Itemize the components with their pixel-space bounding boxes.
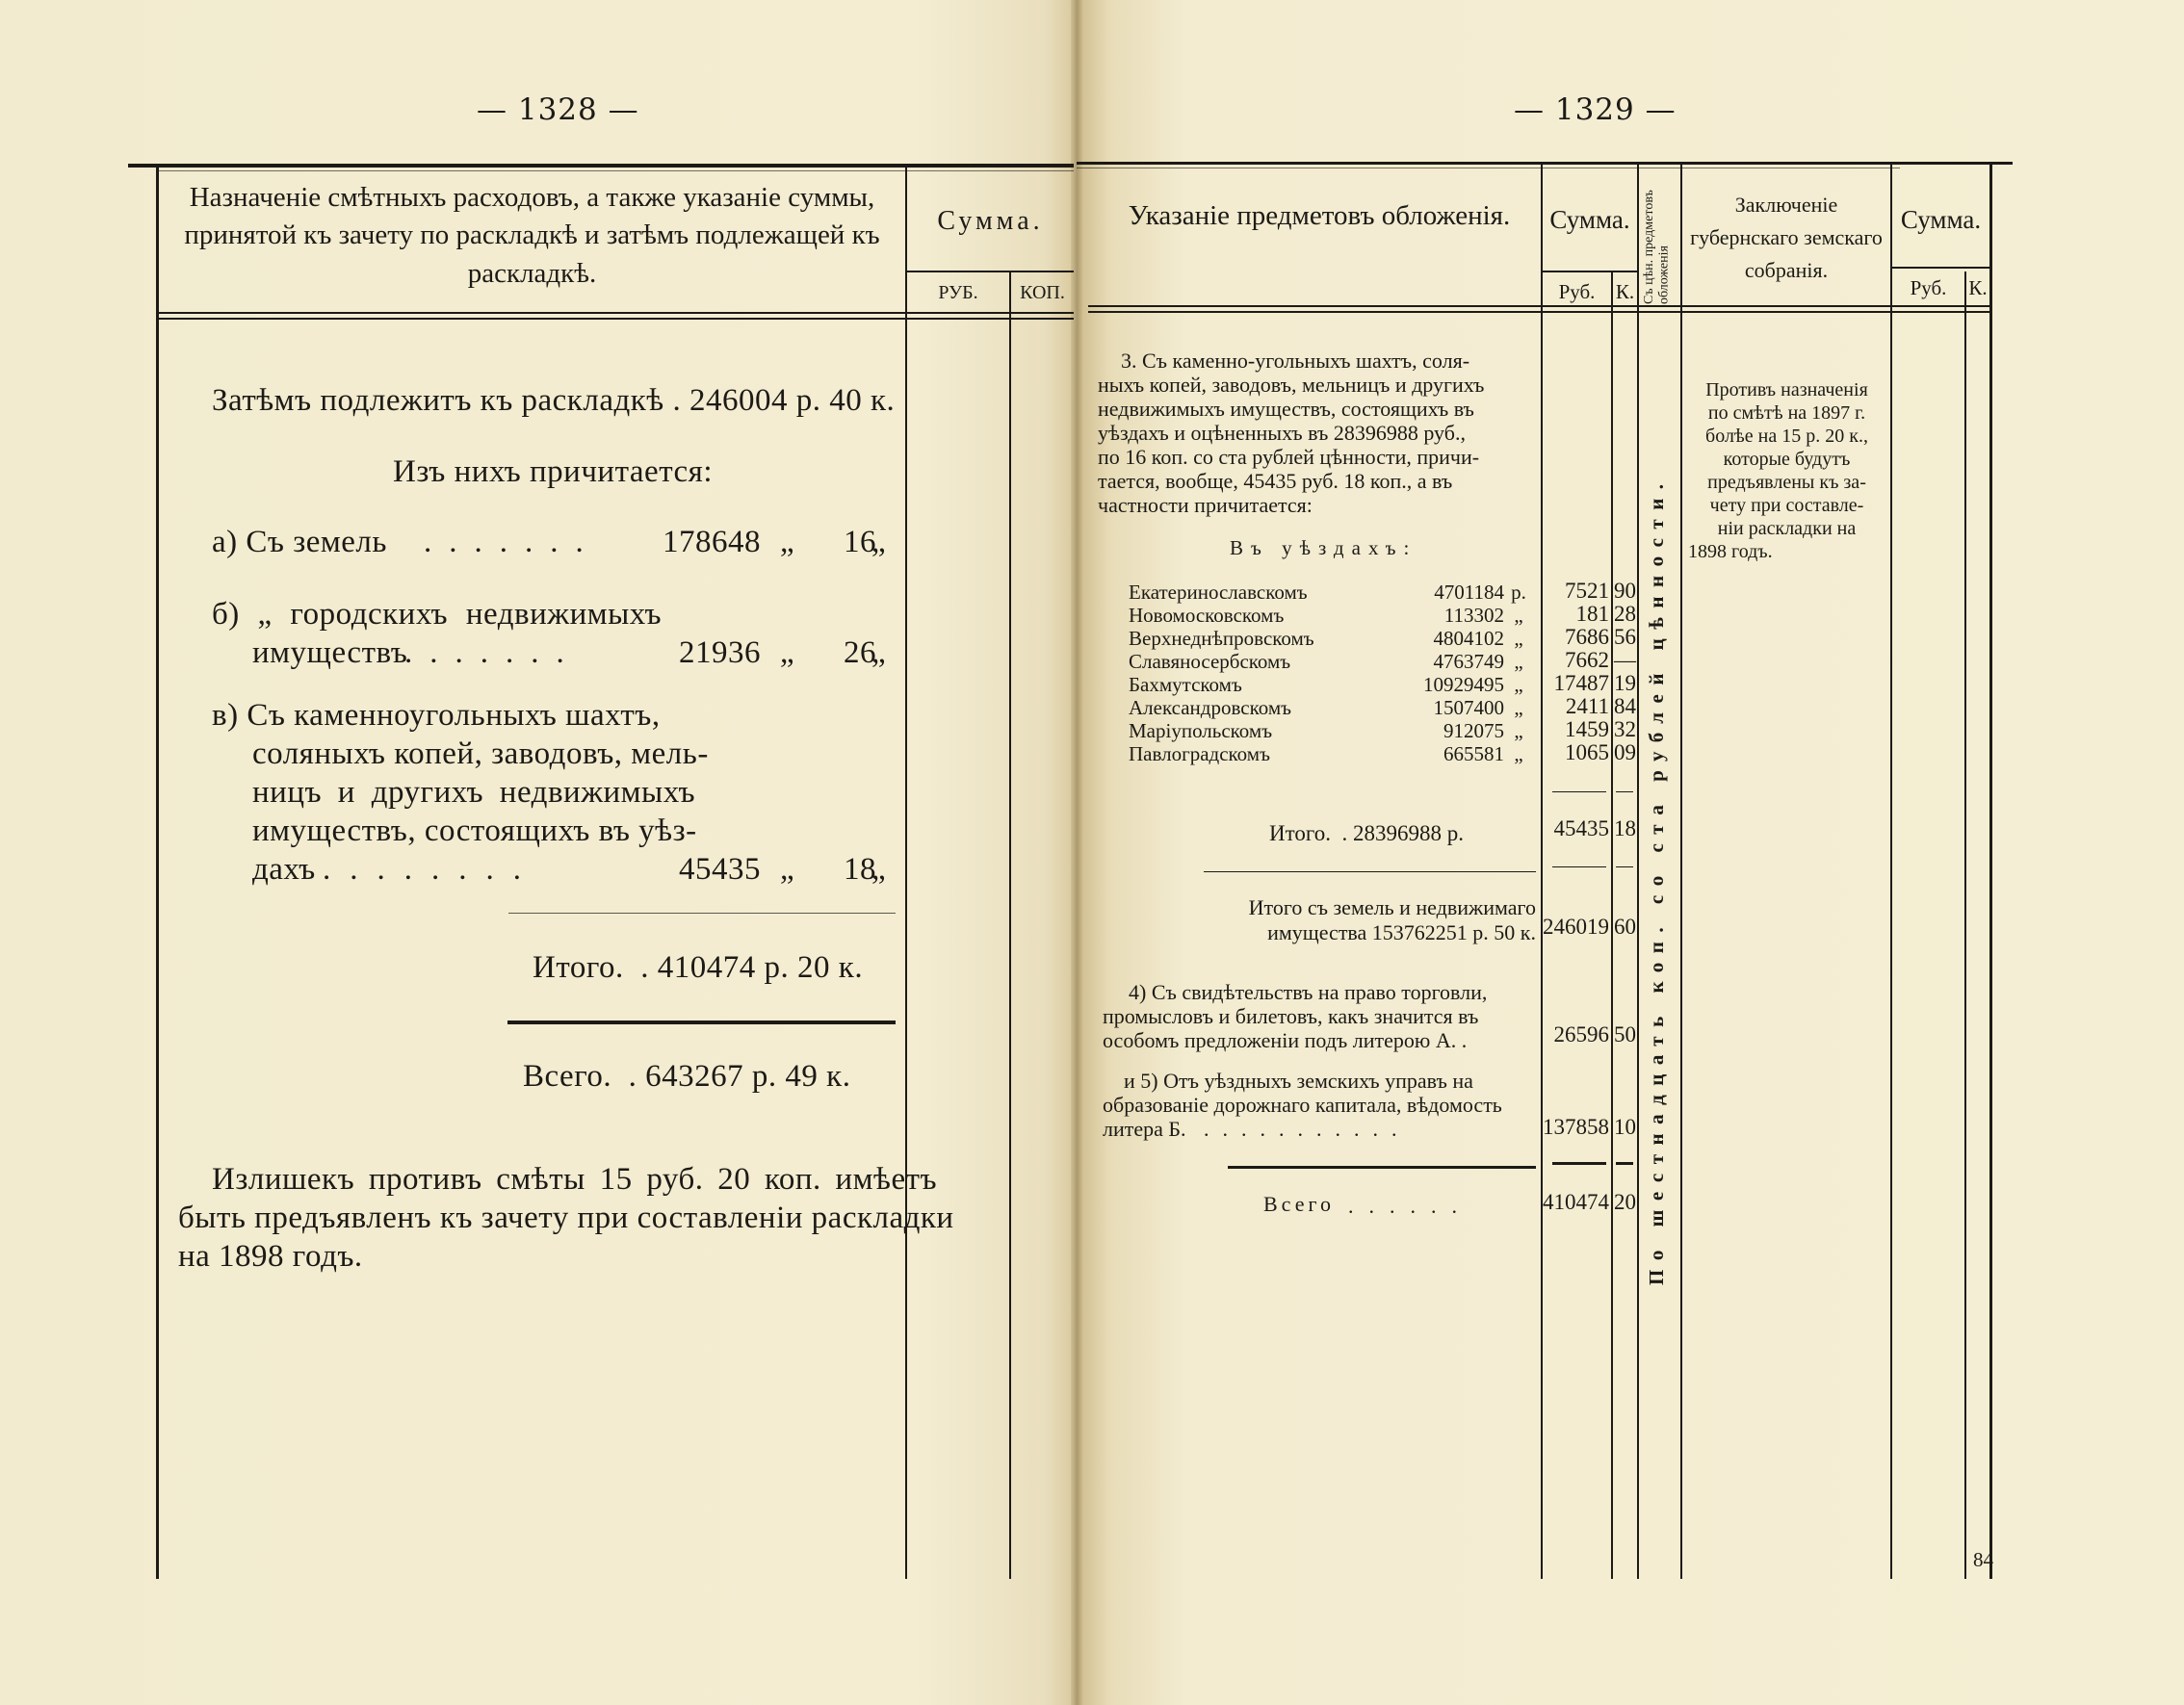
district-total-kop: 18: [1613, 816, 1636, 841]
kop-column-divider: [1009, 271, 1011, 1579]
item-c-kop: 18: [809, 852, 876, 888]
district-kop: 32: [1613, 717, 1636, 742]
section3-line-7: частности причитается:: [1098, 493, 1313, 518]
land-total-label: Итого съ земель и недвижимаго имущества …: [1204, 895, 1536, 946]
district-row: Павлоградскомъ665581„: [1129, 742, 1533, 766]
item-b-rub: 21936: [616, 635, 761, 671]
district-rub: 1459: [1543, 717, 1609, 742]
note-line-2: быть предъявленъ къ зачету при составлен…: [178, 1201, 954, 1236]
item4-line-1: 4) Съ свидѣтельствъ на право торговли,: [1129, 980, 1487, 1005]
subtotal-rule: [508, 913, 896, 914]
sum2-column-divider: [1890, 164, 1892, 1579]
grand-total-label: Всего: [1263, 1192, 1335, 1217]
total-row: Итого. . 410474 р. 20 к.: [533, 950, 863, 986]
item5-rub: 137858: [1543, 1115, 1609, 1140]
district-total-row: Итого. . 28396988 р.: [1269, 821, 1464, 846]
land-total-rub: 246019: [1543, 915, 1609, 940]
item4-kop: 50: [1613, 1022, 1636, 1047]
left-header-kop: КОП.: [1011, 281, 1074, 305]
section3-line-5: по 16 коп. со ста рублей цѣнности, причи…: [1098, 445, 1479, 470]
right-header-kop: К.: [1613, 279, 1637, 304]
section-rule: [1204, 871, 1536, 872]
left-border: [156, 168, 159, 1579]
top-rule: [1077, 162, 2013, 165]
district-row: Маріупольскомъ912075„: [1129, 719, 1533, 743]
total-rule: [507, 1020, 896, 1024]
total-rule: [1616, 1162, 1633, 1165]
top-rule: [128, 164, 1074, 168]
district-rub: 7521: [1543, 579, 1609, 604]
left-page-number: — 1328 —: [477, 92, 639, 127]
districts-heading: Въ уѣздахъ:: [1230, 536, 1417, 560]
total-rule: [1228, 1166, 1536, 1169]
item-a-kop: 16: [809, 525, 876, 560]
header-rule-2: [157, 318, 1074, 320]
item-c-line-5: дахъ: [252, 852, 316, 888]
note-line-1: Излишекъ противъ смѣты 15 руб. 20 коп. и…: [212, 1162, 937, 1198]
ditto-mark: „: [780, 635, 794, 671]
right-page-number: — 1329 —: [1514, 92, 1677, 127]
district-kop: 84: [1613, 694, 1636, 719]
kop2-column-divider: [1964, 271, 1966, 1579]
right-header-sum: Сумма.: [1543, 204, 1637, 237]
ditto-mark: „: [871, 852, 886, 888]
left-header-rub: РУБ.: [907, 281, 1009, 305]
item-c-line-4: имуществъ, состоящихъ въ уѣз-: [252, 814, 697, 849]
sum-column-divider: [905, 168, 907, 1579]
district-rub: 181: [1543, 602, 1609, 627]
district-kop: 19: [1613, 671, 1636, 696]
leader-dots: ........: [323, 852, 540, 888]
top-rule-thin: [157, 170, 1074, 171]
item-b-kop: 26: [809, 635, 876, 671]
right-header-rub: Руб.: [1543, 279, 1611, 304]
item-a-rub: 178648: [616, 525, 761, 560]
conclusion-text: Противъ назначенія по смѣтѣ на 1897 г. б…: [1688, 378, 1885, 563]
leader-dots: ...........: [1204, 1117, 1411, 1142]
ditto-mark: „: [871, 525, 886, 560]
header-rule-2: [1088, 311, 1989, 313]
book-spine: [1071, 0, 1082, 1705]
section3-line-2: ныхъ копей, заводовъ, мельницъ и другихъ: [1098, 373, 1484, 398]
conclusion-column-divider: [1680, 164, 1682, 1579]
remaining-label: Затѣмъ подлежитъ къ раскладкѣ . 246004 р…: [212, 383, 895, 419]
left-header-sum: Сумма.: [907, 204, 1074, 238]
rate-column-divider: [1637, 164, 1639, 1579]
district-rub: 1065: [1543, 740, 1609, 765]
leader-dots: .......: [404, 635, 582, 671]
district-kop: 09: [1613, 740, 1636, 765]
item5-kop: 10: [1613, 1115, 1636, 1140]
subtotal-rule: [1552, 866, 1606, 867]
subtotal-rule: [1552, 791, 1606, 792]
item-c-line-2: соляныхъ копей, заводовъ, мель-: [252, 736, 709, 772]
district-row: Верхнеднѣпровскомъ4804102„: [1129, 627, 1533, 651]
right-header-kop2: К.: [1966, 275, 1989, 300]
district-rub: 7662: [1543, 648, 1609, 673]
section3-line-6: тается, вообще, 45435 руб. 18 коп., а въ: [1098, 469, 1452, 494]
item4-line-3: особомъ предложеніи подъ литерою А. .: [1103, 1028, 1467, 1053]
district-rub: 7686: [1543, 625, 1609, 650]
item4-rub: 26596: [1543, 1022, 1609, 1047]
right-header-rate: Съ цѣн. предметовъ обложенія: [1642, 169, 1675, 304]
leader-dots: ......: [1348, 1194, 1472, 1219]
right-page: [1077, 0, 2184, 1705]
land-total-kop: 60: [1613, 915, 1636, 940]
grand-total-row: Всего. . 643267 р. 49 к.: [523, 1059, 850, 1095]
item5-line-2: образованіе дорожнаго капитала, вѣдомост…: [1103, 1093, 1502, 1118]
rate-vertical-text: По шестнадцать коп. со ста рублей цѣннос…: [1645, 371, 1669, 1285]
note-line-3: на 1898 годъ.: [178, 1239, 363, 1275]
district-total-rub: 45435: [1543, 816, 1609, 841]
item-c-line-1: в) Съ каменноугольныхъ шахтъ,: [212, 698, 661, 734]
of-which-heading: Изъ нихъ причитается:: [393, 454, 713, 490]
right-header-rub2: Руб.: [1892, 275, 1964, 300]
item-c-line-3: ницъ и другихъ недвижимыхъ: [252, 775, 695, 811]
item-c-rub: 45435: [616, 852, 761, 888]
district-row: Бахмутскомъ10929495„: [1129, 673, 1533, 697]
sum2-sub-rule: [1890, 267, 1989, 269]
header-rule-1: [157, 312, 1074, 314]
header-rule-1: [1088, 305, 1989, 307]
district-kop: 28: [1613, 602, 1636, 627]
district-kop: 90: [1613, 579, 1636, 604]
section3-line-1: 3. Съ каменно-угольныхъ шахтъ, соля-: [1121, 349, 1469, 374]
item5-line-3: литера Б.: [1103, 1117, 1186, 1142]
item-b-line-1: б) „ городскихъ недвижимыхъ: [212, 597, 662, 633]
left-header-description: Назначеніе смѣтныхъ расходовъ, а также у…: [169, 179, 896, 293]
item-b-line-2: имуществъ: [252, 635, 407, 671]
right-header-subject: Указаніе предметовъ обложенія.: [1117, 193, 1521, 240]
district-row: Новомосковскомъ113302„: [1129, 604, 1533, 628]
district-row: Славяносербскомъ4763749„: [1129, 650, 1533, 674]
top-rule-thin: [1077, 168, 1900, 168]
section3-line-3: недвижимыхъ имуществъ, состоящихъ въ: [1098, 397, 1474, 422]
district-rub: 17487: [1543, 671, 1609, 696]
item-a-label: а) Съ земель: [212, 525, 387, 560]
sum-sub-rule: [905, 271, 1074, 272]
right-header-conclusion: Заключеніе губернскаго земскаго собранія…: [1685, 189, 1887, 287]
subtotal-rule: [1616, 866, 1633, 867]
district-row: Екатеринославскомъ4701184р.: [1129, 581, 1533, 605]
right-header-sum2: Сумма.: [1892, 204, 1989, 237]
grand-total-kop: 20: [1613, 1190, 1636, 1215]
ditto-mark: „: [871, 635, 886, 671]
sum-column-divider: [1541, 164, 1543, 1579]
leader-dots: .......: [424, 525, 601, 560]
item5-line-1: и 5) Отъ уѣздныхъ земскихъ управъ на: [1124, 1069, 1473, 1094]
district-kop: —: [1613, 648, 1636, 673]
district-rub: 2411: [1543, 694, 1609, 719]
sheet-number: 84: [1973, 1548, 1993, 1572]
district-row: Александровскомъ1507400„: [1129, 696, 1533, 720]
section3-line-4: уѣздахъ и оцѣненныхъ въ 28396988 руб.,: [1098, 421, 1466, 446]
ditto-mark: „: [780, 852, 794, 888]
right-border: [1989, 164, 1992, 1579]
subtotal-rule: [1616, 791, 1633, 792]
item4-line-2: промысловъ и билетовъ, какъ значится въ: [1103, 1004, 1478, 1029]
sum-sub-rule: [1541, 271, 1637, 272]
total-rule: [1552, 1162, 1606, 1165]
grand-total-rub: 410474: [1543, 1190, 1609, 1215]
ditto-mark: „: [780, 525, 794, 560]
district-kop: 56: [1613, 625, 1636, 650]
